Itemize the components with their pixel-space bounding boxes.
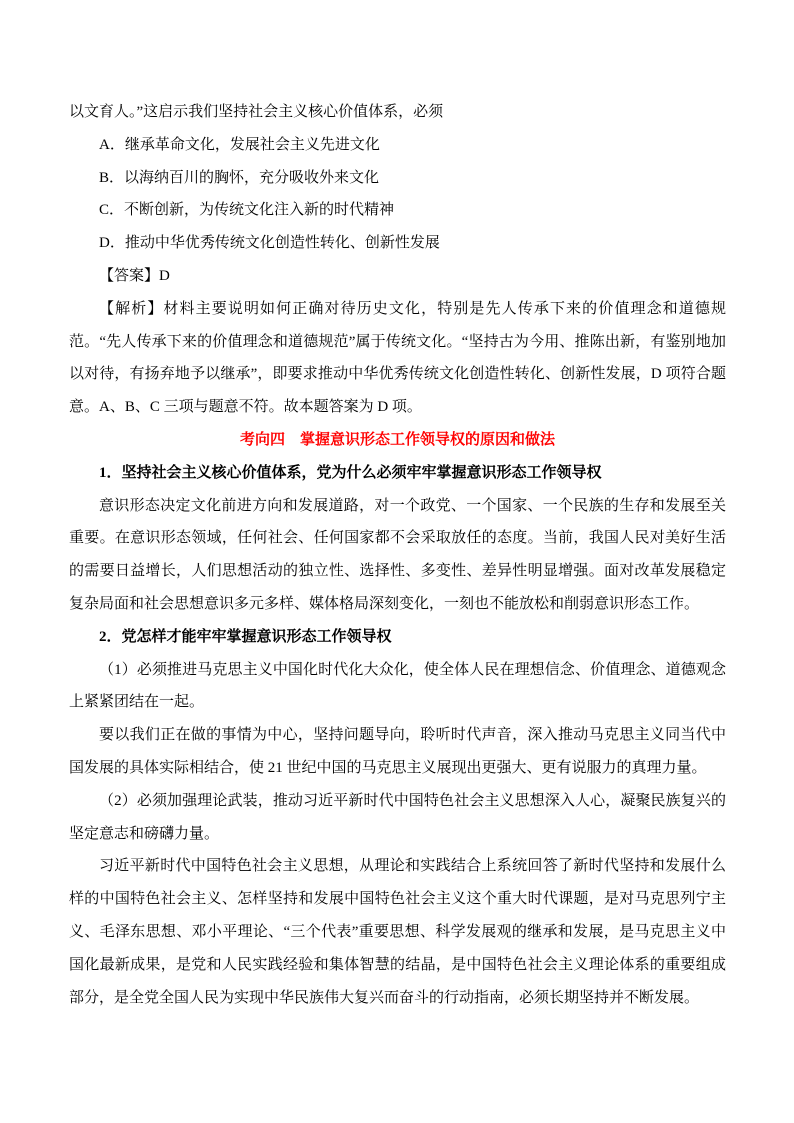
section-heading: 考向四 掌握意识形态工作领导权的原因和做法 [69, 424, 726, 457]
option-b: B．以海纳百川的胸怀，充分吸收外来文化 [69, 162, 726, 195]
sub2-paragraph-4: 习近平新时代中国特色社会主义思想，从理论和实践结合上系统回答了新时代坚持和发展什… [69, 850, 726, 1014]
answer-line: 【答案】D [69, 260, 726, 293]
sub2-paragraph-2: 要以我们正在做的事情为中心，坚持问题导向，聆听时代声音，深入推动马克思主义同当代… [69, 719, 726, 785]
sub2-paragraph-3: （2）必须加强理论武装，推动习近平新时代中国特色社会主义思想深入人心，凝聚民族复… [69, 785, 726, 851]
subheading-2: 2．党怎样才能牢牢掌握意识形态工作领导权 [69, 621, 726, 654]
option-d: D．推动中华优秀传统文化创造性转化、创新性发展 [69, 227, 726, 260]
subheading-1: 1．坚持社会主义核心价值体系，党为什么必须牢牢掌握意识形态工作领导权 [69, 457, 726, 490]
sub2-paragraph-1: （1）必须推进马克思主义中国化时代化大众化，使全体人民在理想信念、价值理念、道德… [69, 654, 726, 720]
option-a: A．继承革命文化，发展社会主义先进文化 [69, 129, 726, 162]
analysis-paragraph: 【解析】材料主要说明如何正确对待历史文化，特别是先人传承下来的价值理念和道德规范… [69, 293, 726, 424]
document-page: 以文育人。”这启示我们坚持社会主义核心价值体系，必须 A．继承革命文化，发展社会… [0, 0, 794, 1123]
sub1-paragraph: 意识形态决定文化前进方向和发展道路，对一个政党、一个国家、一个民族的生存和发展至… [69, 490, 726, 621]
option-c: C．不断创新，为传统文化注入新的时代精神 [69, 194, 726, 227]
question-tail: 以文育人。”这启示我们坚持社会主义核心价值体系，必须 [69, 96, 726, 129]
